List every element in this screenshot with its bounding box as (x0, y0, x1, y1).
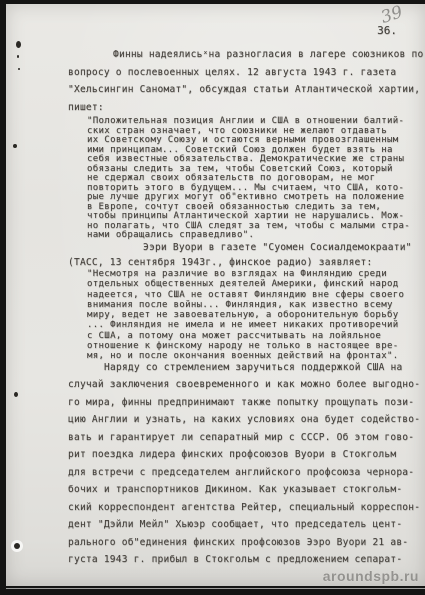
paragraph-finns-hoped: Финны надеялисьˣна разногласия в лагере … (68, 46, 425, 116)
ink-speck (16, 41, 21, 48)
typed-page-number: 36. (377, 24, 397, 37)
paper-sheet: 39 36. Финны надеялисьˣна разногласия в … (6, 4, 425, 586)
ink-speck (14, 392, 18, 397)
ink-speck (13, 144, 17, 148)
scanned-document-page: 39 36. Финны надеялисьˣна разногласия в … (0, 0, 425, 595)
watermark-aroundspb: aroundspb.ru (323, 568, 419, 584)
paper-bottom-edge (6, 588, 425, 589)
ink-speck (17, 55, 19, 58)
paragraph-eeri-vuori: Ээри Вуори в газете "Суомен Сосиалдемокр… (68, 241, 425, 270)
ink-speck (18, 68, 20, 70)
paragraph-naryadu: Наряду со стремлением заручиться поддерж… (68, 359, 425, 568)
punch-hole-mark (14, 543, 20, 549)
quote-suomen-sosialdemokraatti: "Несмотря на различие во взглядах на Фин… (87, 269, 425, 362)
quote-helsingin-sanomat: "Положительная позиция Англии и США в от… (87, 117, 425, 241)
